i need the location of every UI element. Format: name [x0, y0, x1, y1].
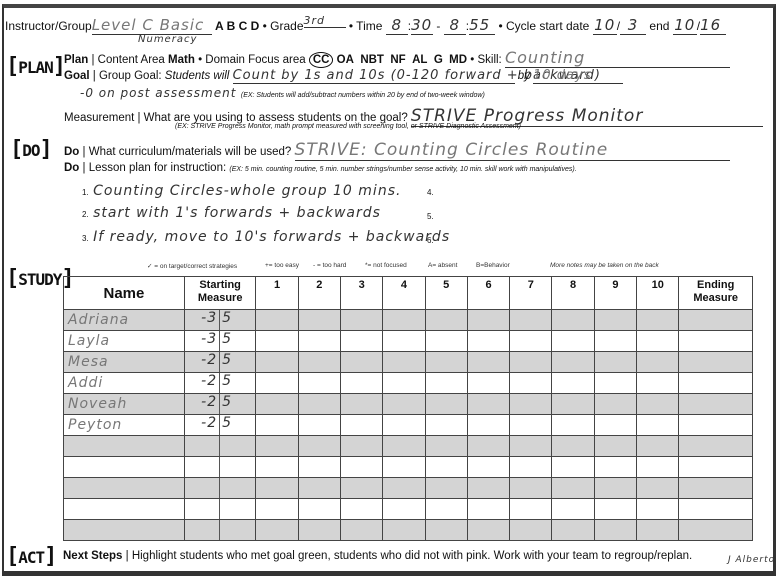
- ending-measure-cell[interactable]: [679, 520, 753, 541]
- plan-section-tag: [PLAN]: [6, 54, 65, 79]
- curriculum-label: | What curriculum/materials will be used…: [83, 146, 292, 158]
- level-options[interactable]: A B C D: [215, 19, 259, 33]
- session-1-cell[interactable]: [256, 373, 298, 394]
- table-row: Layla-35: [64, 331, 753, 352]
- ending-measure-cell[interactable]: [679, 352, 753, 373]
- legend-absent: A= absent: [428, 262, 457, 269]
- starting-total: 5: [220, 331, 255, 351]
- table-row: Peyton-25: [64, 415, 753, 436]
- starting-score: -2: [185, 415, 220, 435]
- session-2-cell[interactable]: [298, 331, 340, 352]
- student-name-cell[interactable]: [64, 478, 185, 499]
- legend-behavior: B=Behavior: [476, 262, 510, 269]
- starting-score: [185, 478, 220, 498]
- session-1-cell[interactable]: [256, 520, 298, 541]
- student-name-cell[interactable]: Adriana: [64, 310, 185, 331]
- goal-label: | Group Goal:: [93, 70, 162, 82]
- starting-measure-cell[interactable]: [184, 499, 256, 520]
- session-3-cell[interactable]: [340, 415, 382, 436]
- session-3-cell[interactable]: [340, 478, 382, 499]
- col-header-5: 5: [425, 277, 467, 310]
- ending-measure-cell[interactable]: [679, 373, 753, 394]
- col-header-8: 8: [552, 277, 594, 310]
- legend-easy: += too easy: [265, 262, 299, 269]
- session-7-cell[interactable]: [510, 394, 552, 415]
- starting-measure-cell[interactable]: [184, 520, 256, 541]
- session-9-cell[interactable]: [594, 373, 636, 394]
- session-1-cell[interactable]: [256, 352, 298, 373]
- lesson-step-4[interactable]: 4.: [427, 188, 434, 197]
- session-10-cell[interactable]: [637, 373, 679, 394]
- session-5-cell[interactable]: [425, 352, 467, 373]
- starting-total: 5: [220, 394, 255, 414]
- cycle-end-month[interactable]: 10: [673, 16, 697, 35]
- starting-score: -2: [185, 394, 220, 414]
- session-6-cell[interactable]: [467, 457, 509, 478]
- lesson-example: (EX: 5 min. counting routine, 5 min. num…: [229, 166, 576, 173]
- session-3-cell[interactable]: [340, 520, 382, 541]
- domain-option-nbt[interactable]: NBT: [360, 54, 384, 66]
- session-5-cell[interactable]: [425, 394, 467, 415]
- session-7-cell[interactable]: [510, 331, 552, 352]
- starting-measure-cell[interactable]: -25: [184, 394, 256, 415]
- session-6-cell[interactable]: [467, 415, 509, 436]
- session-4-cell[interactable]: [383, 394, 425, 415]
- session-5-cell[interactable]: [425, 373, 467, 394]
- session-1-cell[interactable]: [256, 478, 298, 499]
- starting-total: 5: [220, 415, 255, 435]
- session-4-cell[interactable]: [383, 331, 425, 352]
- session-2-cell[interactable]: [298, 478, 340, 499]
- lesson-step-3[interactable]: 3. If ready, move to 10's forwards + bac…: [82, 228, 450, 246]
- ending-measure-cell[interactable]: [679, 394, 753, 415]
- session-9-cell[interactable]: [594, 520, 636, 541]
- lesson-prefix: Do: [64, 162, 79, 174]
- header-row: Instructor/GroupLevel C Basic A B C D • …: [5, 14, 726, 35]
- table-row: Noveah-25: [64, 394, 753, 415]
- cycle-end-day[interactable]: 16: [700, 16, 726, 35]
- session-6-cell[interactable]: [467, 352, 509, 373]
- session-10-cell[interactable]: [637, 415, 679, 436]
- goal-field[interactable]: Count by 1s and 10s (0-120 forward + bac…: [233, 68, 515, 84]
- session-8-cell[interactable]: [552, 457, 594, 478]
- starting-measure-cell[interactable]: -25: [184, 373, 256, 394]
- session-9-cell[interactable]: [594, 436, 636, 457]
- goal-line2[interactable]: -0 on post assessment: [80, 86, 236, 100]
- starting-total: [220, 520, 255, 540]
- session-4-cell[interactable]: [383, 478, 425, 499]
- table-row: [64, 436, 753, 457]
- session-8-cell[interactable]: [552, 310, 594, 331]
- lesson-step-1[interactable]: 1. Counting Circles-whole group 10 mins.: [82, 182, 401, 200]
- session-3-cell[interactable]: [340, 352, 382, 373]
- session-3-cell[interactable]: [340, 373, 382, 394]
- table-row: Mesa-25: [64, 352, 753, 373]
- session-2-cell[interactable]: [298, 352, 340, 373]
- starting-measure-cell[interactable]: -25: [184, 352, 256, 373]
- domain-option-oa[interactable]: OA: [337, 54, 354, 66]
- session-3-cell[interactable]: [340, 394, 382, 415]
- starting-score: [185, 457, 220, 477]
- starting-total: 5: [220, 352, 255, 372]
- student-name-cell[interactable]: Addi: [64, 373, 185, 394]
- session-8-cell[interactable]: [552, 394, 594, 415]
- content-area-label: | Content Area: [92, 54, 165, 66]
- session-9-cell[interactable]: [594, 457, 636, 478]
- starting-total: 5: [220, 373, 255, 393]
- grade-label: • Grade: [263, 19, 304, 33]
- col-header-6: 6: [467, 277, 509, 310]
- session-9-cell[interactable]: [594, 499, 636, 520]
- starting-total: [220, 499, 255, 519]
- col-header-7: 7: [510, 277, 552, 310]
- starting-measure-cell[interactable]: -25: [184, 415, 256, 436]
- col-header-ending: Ending Measure: [679, 277, 753, 310]
- session-8-cell[interactable]: [552, 373, 594, 394]
- goal-line2-row: -0 on post assessment (EX: Students will…: [80, 84, 485, 102]
- session-3-cell[interactable]: [340, 436, 382, 457]
- cycle-start-label: • Cycle start date: [498, 19, 589, 33]
- session-5-cell[interactable]: [425, 499, 467, 520]
- session-6-cell[interactable]: [467, 394, 509, 415]
- session-10-cell[interactable]: [637, 394, 679, 415]
- session-9-cell[interactable]: [594, 352, 636, 373]
- time-start-min[interactable]: 30: [411, 16, 433, 35]
- table-row: [64, 520, 753, 541]
- session-7-cell[interactable]: [510, 520, 552, 541]
- signature: J Alberto: [728, 555, 775, 565]
- session-9-cell[interactable]: [594, 394, 636, 415]
- session-4-cell[interactable]: [383, 352, 425, 373]
- session-2-cell[interactable]: [298, 499, 340, 520]
- session-10-cell[interactable]: [637, 352, 679, 373]
- lesson-plan-row: Do | Lesson plan for instruction: (EX: 5…: [64, 162, 577, 174]
- starting-measure-cell[interactable]: [184, 478, 256, 499]
- session-4-cell[interactable]: [383, 373, 425, 394]
- session-2-cell[interactable]: [298, 373, 340, 394]
- session-1-cell[interactable]: [256, 310, 298, 331]
- session-10-cell[interactable]: [637, 520, 679, 541]
- session-4-cell[interactable]: [383, 415, 425, 436]
- time-label: • Time: [349, 19, 383, 33]
- session-7-cell[interactable]: [510, 499, 552, 520]
- session-9-cell[interactable]: [594, 331, 636, 352]
- student-name-cell[interactable]: Layla: [64, 331, 185, 352]
- grade-field[interactable]: 3rd: [304, 14, 346, 28]
- skill-label: • Skill:: [470, 54, 502, 66]
- cycle-start-day[interactable]: 3: [620, 16, 646, 35]
- student-name-cell[interactable]: [64, 499, 185, 520]
- goal-example: (EX: Students will add/subtract numbers …: [241, 92, 485, 99]
- session-10-cell[interactable]: [637, 436, 679, 457]
- session-1-cell[interactable]: [256, 331, 298, 352]
- instructor-group-subtext: Numeracy: [138, 34, 197, 45]
- session-5-cell[interactable]: [425, 457, 467, 478]
- student-name-cell[interactable]: Peyton: [64, 415, 185, 436]
- domain-option-g[interactable]: G: [434, 54, 443, 66]
- session-2-cell[interactable]: [298, 520, 340, 541]
- session-1-cell[interactable]: [256, 457, 298, 478]
- table-header-row: Name Starting Measure 1 2 3 4 5 6 7 8 9 …: [64, 277, 753, 310]
- cycle-end-label: end: [649, 19, 669, 33]
- ending-measure-cell[interactable]: [679, 499, 753, 520]
- session-4-cell[interactable]: [383, 499, 425, 520]
- session-2-cell[interactable]: [298, 436, 340, 457]
- session-6-cell[interactable]: [467, 520, 509, 541]
- student-name-cell[interactable]: Mesa: [64, 352, 185, 373]
- do-section-tag: [DO]: [10, 137, 52, 162]
- lesson-step-5[interactable]: 5.: [427, 212, 434, 221]
- col-header-9: 9: [594, 277, 636, 310]
- curriculum-prefix: Do: [64, 146, 79, 158]
- lesson-label: | Lesson plan for instruction:: [83, 162, 227, 174]
- table-row: [64, 457, 753, 478]
- session-4-cell[interactable]: [383, 520, 425, 541]
- session-9-cell[interactable]: [594, 310, 636, 331]
- col-header-1: 1: [256, 277, 298, 310]
- ending-measure-cell[interactable]: [679, 310, 753, 331]
- legend-check: ✓ = on target/correct strategies: [147, 262, 237, 270]
- time-start-hour[interactable]: 8: [386, 16, 408, 35]
- session-4-cell[interactable]: [383, 457, 425, 478]
- session-5-cell[interactable]: [425, 520, 467, 541]
- table-row: [64, 499, 753, 520]
- starting-score: -2: [185, 373, 220, 393]
- starting-measure-cell[interactable]: -35: [184, 331, 256, 352]
- session-1-cell[interactable]: [256, 415, 298, 436]
- table-row: [64, 478, 753, 499]
- content-area-value: Math: [168, 54, 195, 66]
- student-name-cell[interactable]: [64, 520, 185, 541]
- session-6-cell[interactable]: [467, 436, 509, 457]
- session-5-cell[interactable]: [425, 478, 467, 499]
- ending-measure-cell[interactable]: [679, 415, 753, 436]
- session-10-cell[interactable]: [637, 478, 679, 499]
- goal-row: Goal | Group Goal: Students will Count b…: [64, 68, 623, 84]
- session-10-cell[interactable]: [637, 457, 679, 478]
- session-2-cell[interactable]: [298, 415, 340, 436]
- session-8-cell[interactable]: [552, 478, 594, 499]
- session-8-cell[interactable]: [552, 436, 594, 457]
- col-header-2: 2: [298, 277, 340, 310]
- starting-total: [220, 478, 255, 498]
- session-2-cell[interactable]: [298, 310, 340, 331]
- starting-measure-cell[interactable]: [184, 457, 256, 478]
- domain-option-nf[interactable]: NF: [390, 54, 405, 66]
- domain-option-al[interactable]: AL: [412, 54, 427, 66]
- next-steps-row: Next Steps | Highlight students who met …: [63, 550, 692, 562]
- session-9-cell[interactable]: [594, 478, 636, 499]
- session-4-cell[interactable]: [383, 436, 425, 457]
- legend-notes: More notes may be taken on the back: [550, 262, 659, 269]
- cycle-start-month[interactable]: 10: [593, 16, 617, 35]
- goal-students-will: Students will: [165, 70, 230, 82]
- col-header-name: Name: [64, 277, 185, 310]
- col-header-3: 3: [340, 277, 382, 310]
- session-3-cell[interactable]: [340, 457, 382, 478]
- student-name-cell[interactable]: [64, 436, 185, 457]
- session-8-cell[interactable]: [552, 520, 594, 541]
- session-9-cell[interactable]: [594, 415, 636, 436]
- time-end-hour[interactable]: 8: [444, 16, 466, 35]
- starting-measure-cell[interactable]: -35: [184, 310, 256, 331]
- next-steps-prefix: Next Steps: [63, 550, 122, 562]
- session-6-cell[interactable]: [467, 478, 509, 499]
- measurement-example: (EX: STRIVE Progress Monitor, math promp…: [175, 123, 521, 130]
- legend-not-focused: *= not focused: [365, 262, 407, 269]
- session-7-cell[interactable]: [510, 310, 552, 331]
- session-6-cell[interactable]: [467, 499, 509, 520]
- session-1-cell[interactable]: [256, 436, 298, 457]
- session-6-cell[interactable]: [467, 331, 509, 352]
- session-10-cell[interactable]: [637, 310, 679, 331]
- ending-measure-cell[interactable]: [679, 457, 753, 478]
- session-1-cell[interactable]: [256, 394, 298, 415]
- curriculum-field[interactable]: STRIVE: Counting Circles Routine: [295, 140, 730, 161]
- session-1-cell[interactable]: [256, 499, 298, 520]
- session-7-cell[interactable]: [510, 436, 552, 457]
- session-5-cell[interactable]: [425, 436, 467, 457]
- session-10-cell[interactable]: [637, 499, 679, 520]
- act-section-tag: [ACT]: [6, 544, 56, 569]
- starting-score: -2: [185, 352, 220, 372]
- ending-measure-cell[interactable]: [679, 436, 753, 457]
- starting-score: [185, 499, 220, 519]
- session-7-cell[interactable]: [510, 478, 552, 499]
- session-3-cell[interactable]: [340, 310, 382, 331]
- plan-content-row: Plan | Content Area Math • Domain Focus …: [64, 48, 730, 68]
- table-row: Addi-25: [64, 373, 753, 394]
- session-10-cell[interactable]: [637, 331, 679, 352]
- student-name-cell[interactable]: [64, 457, 185, 478]
- starting-total: [220, 457, 255, 477]
- goal-by-field[interactable]: 10 days: [533, 68, 623, 84]
- domain-option-md[interactable]: MD: [449, 54, 467, 66]
- session-4-cell[interactable]: [383, 310, 425, 331]
- session-2-cell[interactable]: [298, 457, 340, 478]
- lesson-step-6[interactable]: 6.: [427, 236, 434, 245]
- session-8-cell[interactable]: [552, 331, 594, 352]
- session-6-cell[interactable]: [467, 310, 509, 331]
- starting-score: [185, 436, 220, 456]
- ending-measure-cell[interactable]: [679, 478, 753, 499]
- session-8-cell[interactable]: [552, 352, 594, 373]
- study-table: Name Starting Measure 1 2 3 4 5 6 7 8 9 …: [63, 276, 753, 541]
- legend-hard: - = too hard: [313, 262, 346, 269]
- time-end-min[interactable]: 55: [469, 16, 495, 35]
- next-steps-text: | Highlight students who met goal green,…: [126, 550, 693, 562]
- starting-total: [220, 436, 255, 456]
- session-5-cell[interactable]: [425, 310, 467, 331]
- domain-option-cc[interactable]: CC: [309, 52, 334, 68]
- instructor-group-field[interactable]: Level C Basic: [92, 16, 212, 35]
- session-7-cell[interactable]: [510, 373, 552, 394]
- session-3-cell[interactable]: [340, 331, 382, 352]
- session-5-cell[interactable]: [425, 331, 467, 352]
- session-3-cell[interactable]: [340, 499, 382, 520]
- instructor-group-label: Instructor/Group: [5, 19, 92, 33]
- ending-measure-cell[interactable]: [679, 331, 753, 352]
- starting-total: 5: [220, 310, 255, 330]
- session-7-cell[interactable]: [510, 457, 552, 478]
- session-6-cell[interactable]: [467, 373, 509, 394]
- session-8-cell[interactable]: [552, 499, 594, 520]
- curriculum-row: Do | What curriculum/materials will be u…: [64, 140, 730, 161]
- col-header-10: 10: [637, 277, 679, 310]
- starting-score: -3: [185, 331, 220, 351]
- col-header-starting: Starting Measure: [184, 277, 256, 310]
- table-row: Adriana-35: [64, 310, 753, 331]
- col-header-4: 4: [383, 277, 425, 310]
- goal-by-label: by: [518, 70, 530, 82]
- plan-prefix: Plan: [64, 54, 88, 66]
- skill-field[interactable]: Counting: [505, 48, 730, 68]
- lesson-step-2[interactable]: 2. start with 1's forwards + backwards: [82, 204, 381, 222]
- session-2-cell[interactable]: [298, 394, 340, 415]
- session-7-cell[interactable]: [510, 415, 552, 436]
- session-5-cell[interactable]: [425, 415, 467, 436]
- session-8-cell[interactable]: [552, 415, 594, 436]
- goal-prefix: Goal: [64, 70, 90, 82]
- session-7-cell[interactable]: [510, 352, 552, 373]
- domain-focus-label: • Domain Focus area: [198, 54, 306, 66]
- starting-score: -3: [185, 310, 220, 330]
- starting-measure-cell[interactable]: [184, 436, 256, 457]
- starting-score: [185, 520, 220, 540]
- student-name-cell[interactable]: Noveah: [64, 394, 185, 415]
